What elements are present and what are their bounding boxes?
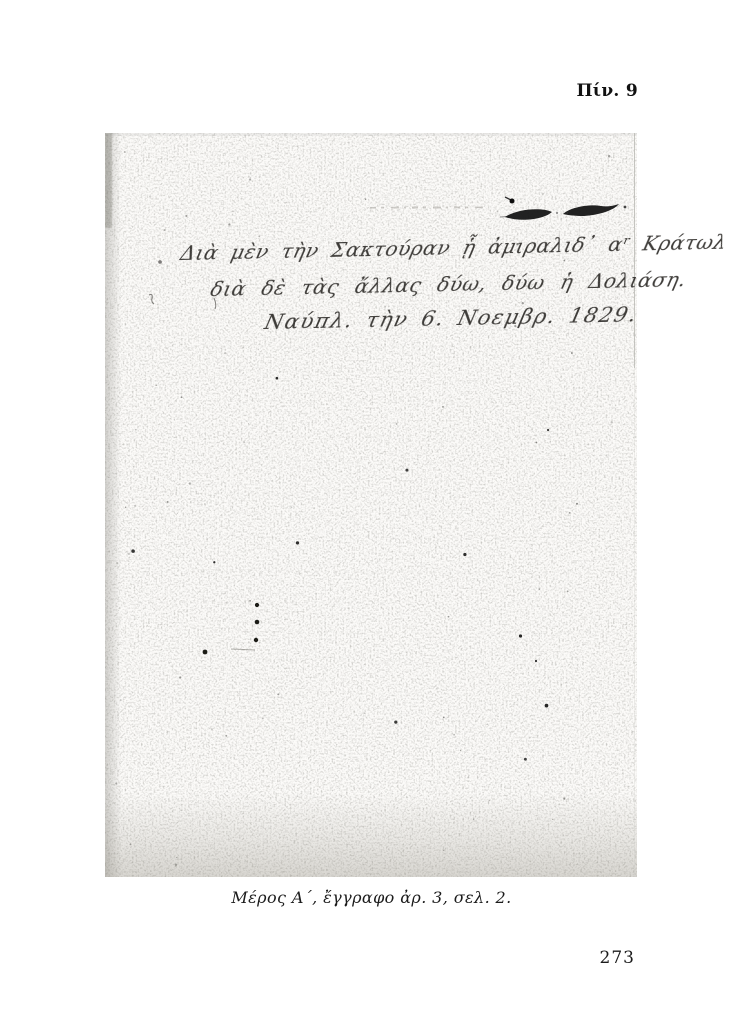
scan-left-shadow	[105, 133, 121, 877]
plate-label: Πίν. 9	[576, 81, 638, 101]
figure-caption: Μέρος Α΄, ἔγγραφο ἀρ. 3, σελ. 2.	[0, 888, 743, 907]
page-number: 273	[600, 948, 635, 968]
book-page: Πίν. 9	[0, 0, 743, 1027]
scan-bottom-shadow	[105, 793, 637, 877]
scan-texture	[105, 133, 637, 877]
scanned-document: Διὰ μὲν τὴν Σακτούραν ᾗ ἀμιραλιδ᾽ αʳ Κρά…	[105, 133, 637, 877]
